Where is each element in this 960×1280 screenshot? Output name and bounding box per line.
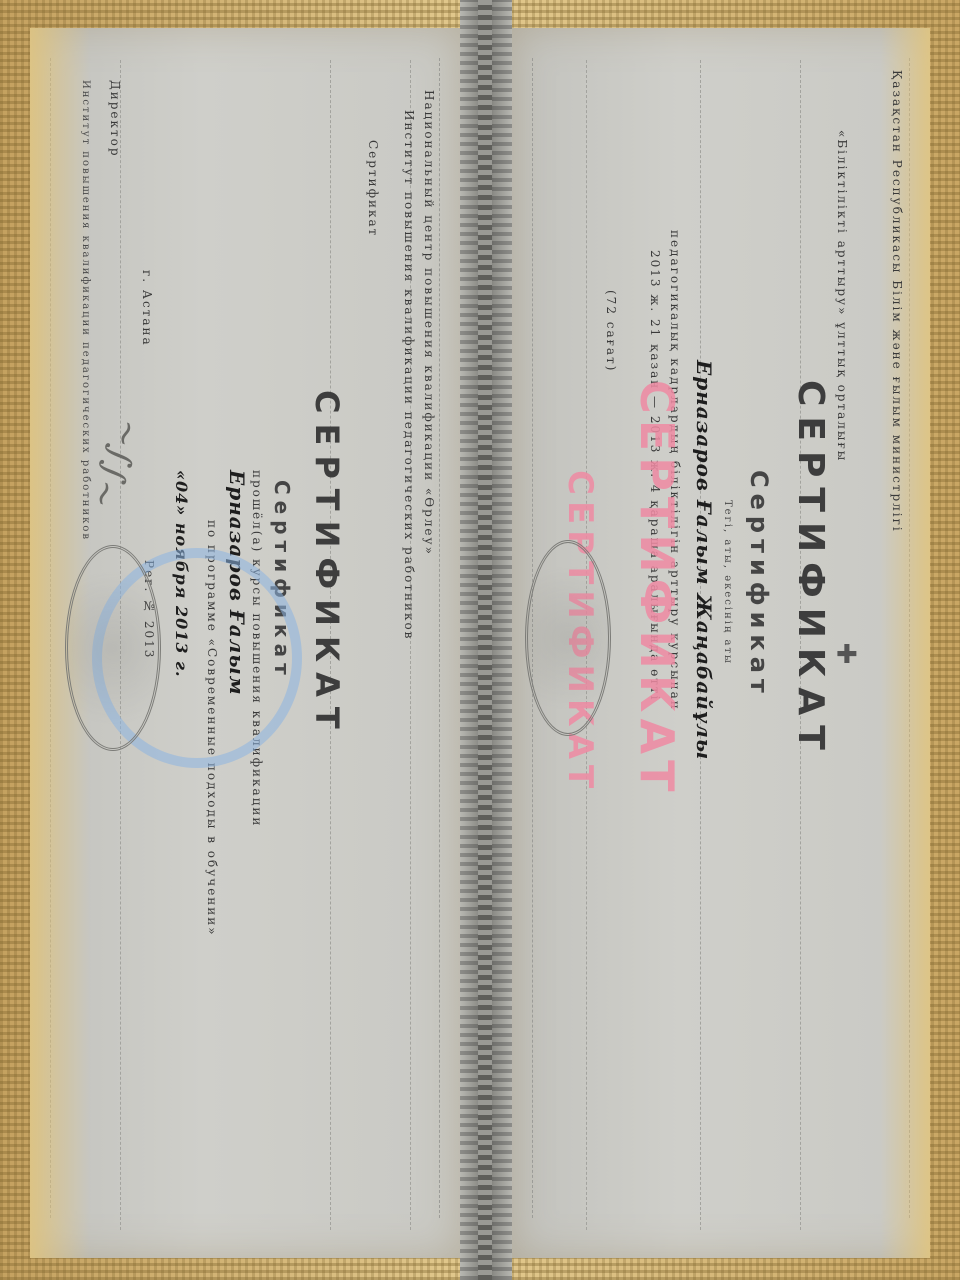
round-seal-stamp bbox=[65, 545, 161, 751]
holder-name: Ерназаров Ғалым Жаңабайұлы bbox=[692, 360, 716, 760]
pink-overprint: СЕРТИФИКАТ bbox=[630, 380, 684, 797]
issued-to-label: Тегі, аты, әкесінің аты bbox=[722, 500, 733, 665]
round-seal-stamp bbox=[525, 540, 611, 736]
course-hours: (72 сағат) bbox=[604, 290, 618, 372]
left-subheading-small: Сертификат bbox=[366, 140, 380, 237]
cross-mark-icon: ✚ bbox=[836, 640, 858, 670]
certificate-subtitle: Сертификат bbox=[745, 470, 773, 699]
header-line-1: Қазақстан Республикасы Білім және ғылым … bbox=[890, 70, 904, 533]
org-line-1: Национальный центр повышения квалификаци… bbox=[422, 90, 436, 556]
certificate-title: СЕРТИФИКАТ bbox=[790, 380, 831, 760]
director-label: Директор bbox=[108, 80, 122, 158]
booklet-spine bbox=[460, 0, 512, 1280]
org-line-2: Институт повышения квалификации педагоги… bbox=[402, 110, 416, 640]
city: г. Астана bbox=[140, 270, 154, 347]
header-line-2: «Біліктілікті арттыру» ұлттық орталығы bbox=[835, 130, 849, 462]
left-heading: СЕРТИФИКАТ bbox=[308, 390, 346, 739]
page-edge-tint bbox=[880, 28, 930, 1258]
spine-band bbox=[478, 0, 492, 1280]
